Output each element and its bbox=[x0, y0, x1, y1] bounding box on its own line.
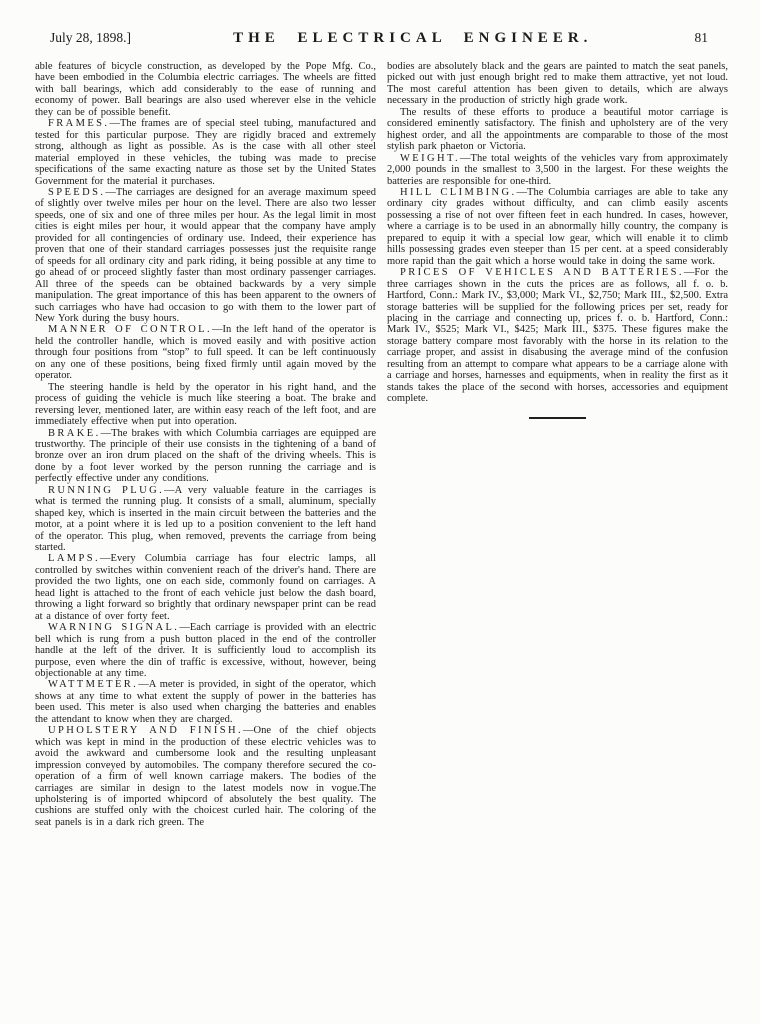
section-paragraph: HILL CLIMBING.—The Columbia carriages ar… bbox=[387, 187, 728, 267]
paragraph: bodies are absolutely black and the gear… bbox=[387, 61, 728, 107]
left-column: able features of bicycle construction, a… bbox=[35, 61, 376, 828]
section-heading: WATTMETER. bbox=[48, 679, 138, 690]
page-number: 81 bbox=[695, 30, 717, 46]
section-heading: FRAMES. bbox=[48, 118, 109, 129]
section-paragraph: RUNNING PLUG.—A very valuable feature in… bbox=[35, 485, 376, 554]
scanned-page: July 28, 1898.] THE ELECTRICAL ENGINEER.… bbox=[0, 0, 760, 1024]
section-heading: HILL CLIMBING. bbox=[400, 187, 517, 198]
paragraph: The steering handle is held by the opera… bbox=[35, 382, 376, 428]
paragraph: able features of bicycle construction, a… bbox=[35, 61, 376, 118]
section-heading: WARNING SIGNAL. bbox=[48, 622, 179, 633]
publication-title: THE ELECTRICAL ENGINEER. bbox=[131, 30, 695, 47]
article-end-rule bbox=[529, 417, 586, 419]
section-heading: PRICES OF VEHICLES AND BATTERIES. bbox=[400, 267, 684, 278]
section-paragraph: LAMPS.—Every Columbia carriage has four … bbox=[35, 553, 376, 622]
section-paragraph: BRAKE.—The brakes with which Columbia ca… bbox=[35, 428, 376, 485]
article-columns: able features of bicycle construction, a… bbox=[35, 61, 728, 828]
section-heading: MANNER OF CONTROL. bbox=[48, 324, 212, 335]
paragraph: The results of these efforts to produce … bbox=[387, 107, 728, 153]
section-paragraph: WEIGHT.—The total weights of the vehicle… bbox=[387, 153, 728, 187]
section-paragraph: WARNING SIGNAL.—Each carriage is provide… bbox=[35, 622, 376, 679]
right-column-paragraphs: bodies are absolutely black and the gear… bbox=[387, 61, 728, 405]
section-heading: LAMPS. bbox=[48, 553, 100, 564]
section-heading: WEIGHT. bbox=[400, 153, 460, 164]
masthead: July 28, 1898.] THE ELECTRICAL ENGINEER.… bbox=[35, 30, 728, 47]
section-paragraph: MANNER OF CONTROL.—In the left hand of t… bbox=[35, 324, 376, 381]
section-paragraph: SPEEDS.—The carriages are designed for a… bbox=[35, 187, 376, 324]
section-heading: RUNNING PLUG. bbox=[48, 485, 164, 496]
section-paragraph: UPHOLSTERY AND FINISH.—One of the chief … bbox=[35, 725, 376, 828]
section-heading: SPEEDS. bbox=[48, 187, 105, 198]
section-paragraph: FRAMES.—The frames are of special steel … bbox=[35, 118, 376, 187]
section-paragraph: WATTMETER.—A meter is provided, in sight… bbox=[35, 679, 376, 725]
section-heading: UPHOLSTERY AND FINISH. bbox=[48, 725, 243, 736]
section-paragraph: PRICES OF VEHICLES AND BATTERIES.—For th… bbox=[387, 267, 728, 404]
section-heading: BRAKE. bbox=[48, 428, 101, 439]
issue-date: July 28, 1898.] bbox=[50, 30, 131, 46]
right-column: bodies are absolutely black and the gear… bbox=[387, 61, 728, 828]
